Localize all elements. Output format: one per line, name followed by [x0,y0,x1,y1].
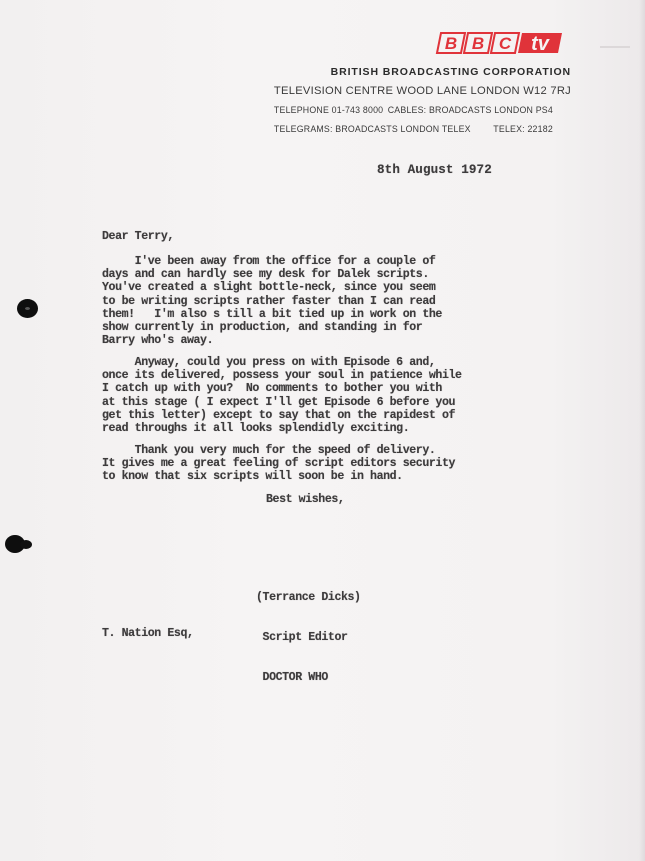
svg-text:B: B [472,34,484,53]
text-line: to know that six scripts will soon be in… [102,470,455,483]
recipient: T. Nation Esq, [102,627,194,640]
signature-block: (Terrance Dicks) Script Editor DOCTOR WH… [256,565,361,710]
letter-page: BBCtv BRITISH BROADCASTING CORPORATION T… [0,0,645,861]
letterhead: BRITISH BROADCASTING CORPORATION TELEVIS… [274,64,571,139]
text-line: them! I'm also s till a bit tied up in w… [102,308,442,321]
bbc-tv-logo: BBCtv [435,32,567,54]
text-line: Barry who's away. [102,334,442,347]
telephone: TELEPHONE 01-743 8000 [274,101,383,120]
text-line: to be writing scripts rather faster than… [102,295,442,308]
punch-hole-mark [17,299,38,318]
telex: TELEX: 22182 [493,120,553,139]
text-line: I've been away from the office for a cou… [102,255,442,268]
text-line: Thank you very much for the speed of del… [102,444,455,457]
cables: CABLES: BROADCASTS LONDON PS4 [388,101,553,120]
svg-text:tv: tv [531,33,551,54]
paragraph-1: I've been away from the office for a cou… [102,255,442,347]
text-line: at this stage ( I expect I'll get Episod… [102,396,462,409]
text-line: You've created a slight bottle-neck, sin… [102,281,442,294]
text-line: once its delivered, possess your soul in… [102,369,462,382]
svg-text:B: B [445,34,457,53]
text-line: It gives me a great feeling of script ed… [102,457,455,470]
closing: Best wishes, [266,493,344,506]
organization-name: BRITISH BROADCASTING CORPORATION [274,64,571,81]
punch-hole-mark-tail [20,540,32,549]
salutation: Dear Terry, [102,230,174,243]
text-line: get this letter) except to say that on t… [102,409,462,422]
signature-programme: DOCTOR WHO [256,671,361,684]
contact-line-2: TELEGRAMS: BROADCASTS LONDON TELEX TELEX… [274,120,553,139]
organization-address: TELEVISION CENTRE WOOD LANE LONDON W12 7… [274,81,571,101]
text-line: days and can hardly see my desk for Dale… [102,268,442,281]
bbc-tv-logo-graphic: BBCtv [435,32,567,54]
paragraph-2: Anyway, could you press on with Episode … [102,356,462,435]
svg-text:C: C [499,34,512,53]
text-line: I catch up with you? No comments to both… [102,382,462,395]
text-line: read throughs it all looks splendidly ex… [102,422,462,435]
contact-line-1: TELEPHONE 01-743 8000 CABLES: BROADCASTS… [274,101,553,120]
paper-mark [600,46,630,48]
paragraph-3: Thank you very much for the speed of del… [102,444,455,484]
text-line: Anyway, could you press on with Episode … [102,356,462,369]
letter-date: 8th August 1972 [377,164,492,177]
telegrams: TELEGRAMS: BROADCASTS LONDON TELEX [274,120,471,139]
page-edge-shadow [639,0,645,861]
text-line: show currently in production, and standi… [102,321,442,334]
signature-name: (Terrance Dicks) [256,591,361,604]
signature-title: Script Editor [256,631,361,644]
